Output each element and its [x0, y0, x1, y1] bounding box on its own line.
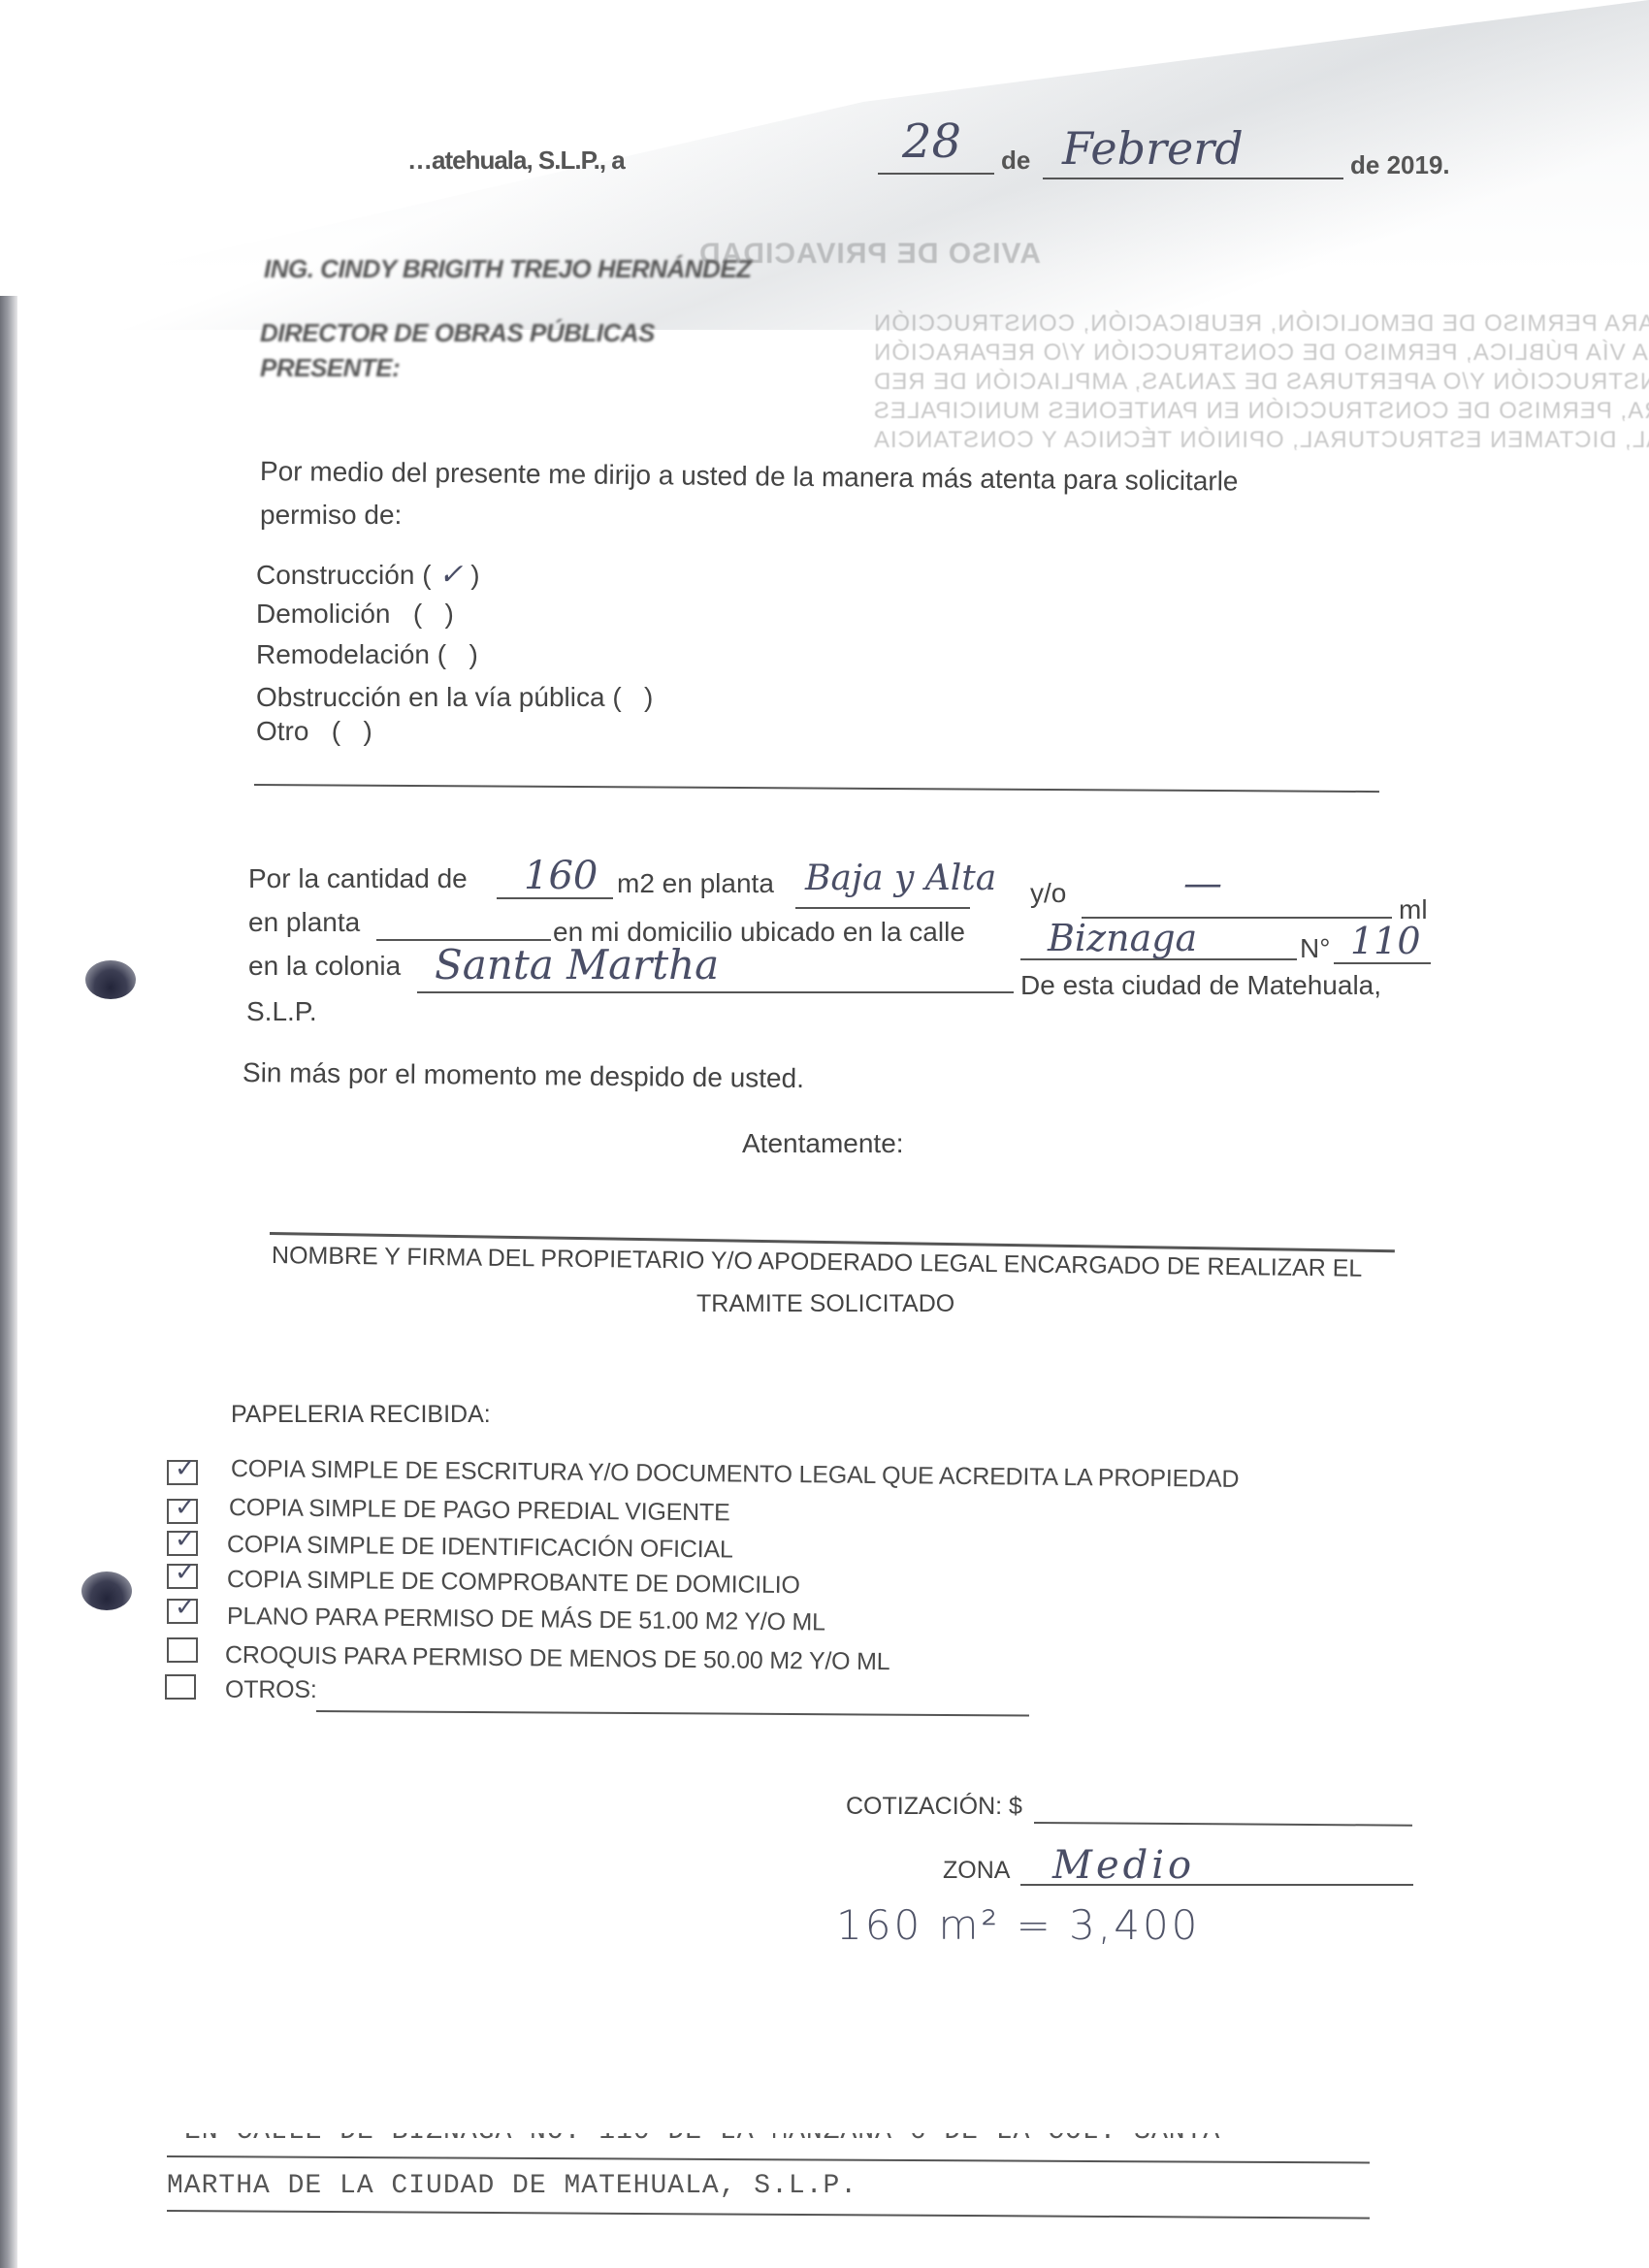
permit-obstruccion[interactable]: Obstrucción en la vía pública ( )	[256, 682, 653, 713]
colonia-line	[417, 991, 1014, 993]
en-planta-label: en planta	[248, 907, 360, 938]
permit-checkbox[interactable]: ( )	[316, 716, 372, 746]
papeleria-title: PAPELERIA RECIBIDA:	[231, 1401, 491, 1429]
colonia-value[interactable]: Santa Martha	[435, 941, 719, 988]
permit-label: Construcción	[256, 560, 414, 590]
farewell-text: Sin más por el momento me despido de ust…	[242, 1057, 804, 1094]
permit-remodelacion[interactable]: Remodelación ( )	[256, 639, 478, 670]
doc-checkbox[interactable]	[167, 1637, 198, 1663]
check-mark-icon: ✓	[175, 1454, 196, 1483]
punch-hole-bottom	[81, 1571, 132, 1610]
permit-checkbox[interactable]: ( )	[612, 682, 653, 712]
intro-line-2: permiso de:	[260, 500, 402, 531]
cantidad-label: Por la cantidad de	[248, 863, 468, 894]
doc-item-label: PLANO PARA PERMISO DE MÁS DE 51.00 M2 Y/…	[227, 1603, 825, 1636]
check-mark-icon: ✓	[438, 558, 463, 592]
planta-line	[795, 907, 970, 909]
permit-label: Remodelación	[256, 639, 430, 669]
calle-value[interactable]: Biznaga	[1048, 917, 1197, 959]
doc-item-label: COPIA SIMPLE DE COMPROBANTE DE DOMICILIO	[227, 1566, 800, 1600]
permit-demolicion[interactable]: Demolición ( )	[256, 599, 454, 630]
zona-label: ZONA	[943, 1857, 1010, 1885]
cotizacion-label: COTIZACIÓN: $	[846, 1793, 1022, 1821]
atentamente-label: Atentamente:	[742, 1128, 904, 1159]
addressee-name: ING. CINDY BRIGITH TREJO HERNÁNDEZ	[264, 254, 752, 284]
check-mark-icon: ✓	[175, 1593, 196, 1622]
doc-checkbox[interactable]: ✓	[167, 1599, 198, 1624]
intro-line-1: Por medio del presente me dirijo a usted…	[260, 456, 1239, 498]
doc-checkbox[interactable]: ✓	[167, 1499, 198, 1524]
permit-checkbox[interactable]: ( )	[437, 639, 478, 669]
scanned-page: AVISO DE PRIVACIDAD PARA PERMISO DE DEMO…	[0, 0, 1649, 2268]
footer-line-1	[167, 2155, 1370, 2163]
doc-item-label: CROQUIS PARA PERMISO DE MENOS DE 50.00 M…	[225, 1641, 890, 1676]
bleed-through-line: CONSTRUCCIÓN Y/O APERTURAS DE ZANJAS, AM…	[873, 369, 1649, 396]
yo-label: y/o	[1030, 878, 1066, 909]
de-label: de	[1001, 146, 1030, 176]
check-mark-icon: ✓	[175, 1558, 196, 1587]
permit-checkbox[interactable]: ( )	[398, 599, 454, 629]
permit-otro[interactable]: Otro ( )	[256, 716, 372, 747]
month-line	[1043, 178, 1343, 179]
addressee-title: DIRECTOR DE OBRAS PÚBLICAS	[260, 318, 655, 348]
slp-label: S.L.P.	[246, 996, 317, 1027]
ml-value[interactable]: —	[1183, 861, 1222, 906]
doc-checkbox[interactable]: ✓	[167, 1460, 198, 1485]
doc-item-label: COPIA SIMPLE DE ESCRITURA Y/O DOCUMENTO …	[231, 1455, 1240, 1494]
check-mark-icon: ✓	[175, 1525, 196, 1554]
footer-typed-line-2: MARTHA DE LA CIUDAD DE MATEHUALA, S.L.P.	[167, 2171, 857, 2201]
otro-specify-line[interactable]	[254, 784, 1379, 793]
doc-checkbox[interactable]: ✓	[167, 1564, 198, 1589]
bleed-through-line: LA VÍA PÚBLICA, PERMISO DE CONSTRUCCIÓN …	[873, 340, 1649, 367]
signature-caption-2: TRAMITE SOLICITADO	[696, 1290, 954, 1318]
permit-label: Obstrucción en la vía pública	[256, 682, 605, 712]
calc-note: 160 m² = 3,400	[836, 1901, 1200, 1949]
zona-value[interactable]: Medio	[1052, 1843, 1195, 1888]
footer-typed-line-1: EN CALLE DE BIZNAGA NO. 110 DE LA MANZAN…	[184, 2117, 1220, 2147]
place-date-prefix: …atehuala, S.L.P., a	[407, 146, 625, 176]
cotizacion-line[interactable]	[1034, 1822, 1412, 1827]
bleed-through-line: OBRA, PERMISO DE CONSTRUCCIÓN EN PANTEON…	[873, 398, 1649, 425]
permit-label: Otro	[256, 716, 308, 746]
permit-construccion[interactable]: Construcción ( ✓ )	[256, 558, 480, 592]
addressee-presente: PRESENTE:	[260, 353, 400, 383]
planta-value[interactable]: Baja y Alta	[805, 859, 996, 898]
otros-line[interactable]	[316, 1710, 1029, 1716]
doc-item-label: COPIA SIMPLE DE IDENTIFICACIÓN OFICIAL	[227, 1531, 733, 1564]
punch-hole-top	[85, 960, 136, 999]
numero-label: N°	[1300, 933, 1330, 964]
check-mark-icon: ✓	[175, 1493, 196, 1522]
doc-checkbox[interactable]: ✓	[167, 1531, 198, 1556]
bleed-through-line: NÚMERO OFICIAL, DICTAMEN ESTRUCTURAL, OP…	[873, 427, 1649, 454]
year-suffix: de 2019.	[1350, 150, 1450, 180]
m2-label: m2 en planta	[617, 868, 774, 899]
numero-value[interactable]: 110	[1350, 920, 1421, 962]
permit-checkbox[interactable]: ( ✓ )	[422, 560, 479, 590]
day-line	[878, 173, 994, 175]
cantidad-value[interactable]: 160	[524, 854, 598, 898]
doc-item-label: OTROS:	[225, 1676, 317, 1704]
scan-left-edge	[0, 272, 17, 2268]
colonia-label: en la colonia	[248, 951, 401, 982]
ciudad-label: De esta ciudad de Matehuala,	[1020, 970, 1381, 1001]
permit-label: Demolición	[256, 599, 391, 629]
numero-line	[1334, 962, 1431, 964]
month-value[interactable]: Febrerd	[1062, 122, 1244, 175]
footer-line-2	[167, 2210, 1370, 2219]
doc-checkbox[interactable]	[165, 1674, 196, 1700]
day-value[interactable]: 28	[902, 114, 961, 169]
doc-item-label: COPIA SIMPLE DE PAGO PREDIAL VIGENTE	[229, 1494, 730, 1527]
